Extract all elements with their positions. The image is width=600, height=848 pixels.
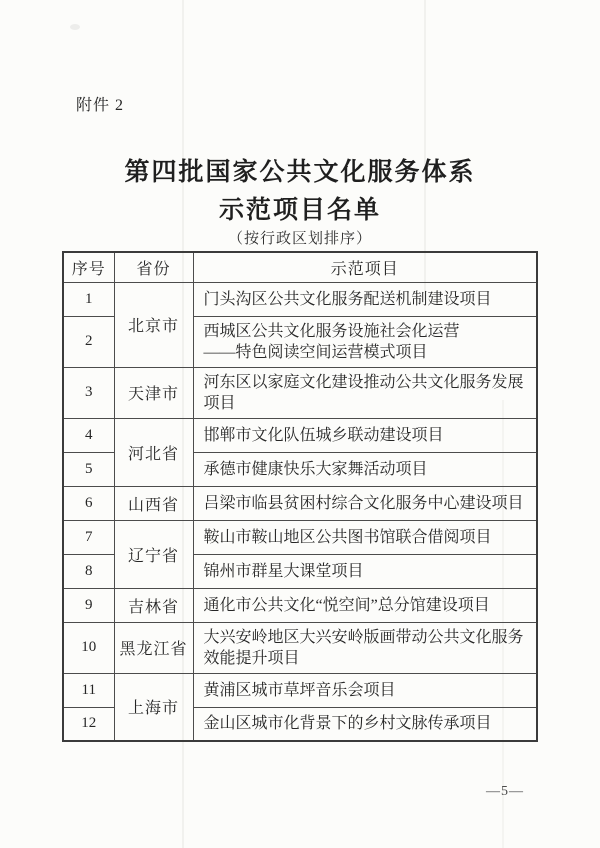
title-line-2: 示范项目名单 <box>219 197 381 224</box>
cell-province: 吉林省 <box>114 588 193 622</box>
projects-table: 序号 省份 示范项目 1北京市门头沟区公共文化服务配送机制建设项目2西城区公共文… <box>62 251 538 742</box>
cell-project: 西城区公共文化服务设施社会化运营 ——特色阅读空间运营模式项目 <box>193 316 537 367</box>
cell-project: 锦州市群星大课堂项目 <box>193 554 537 588</box>
cell-project: 吕梁市临县贫困村综合文化服务中心建设项目 <box>193 486 537 520</box>
cell-project: 金山区城市化背景下的乡村文脉传承项目 <box>193 707 537 741</box>
cell-serial-number: 9 <box>63 588 114 622</box>
cell-project: 门头沟区公共文化服务配送机制建设项目 <box>193 282 537 316</box>
table-row: 9吉林省通化市公共文化“悦空间”总分馆建设项目 <box>63 588 537 622</box>
cell-province: 天津市 <box>114 367 193 418</box>
cell-project: 承德市健康快乐大家舞活动项目 <box>193 452 537 486</box>
table-row: 1北京市门头沟区公共文化服务配送机制建设项目 <box>63 282 537 316</box>
table-row: 11上海市黄浦区城市草坪音乐会项目 <box>63 673 537 707</box>
scanned-document-page: 附件 2 第四批国家公共文化服务体系 示范项目名单 （按行政区划排序） 序号 省… <box>0 0 600 848</box>
cell-province: 辽宁省 <box>114 520 193 588</box>
document-title: 第四批国家公共文化服务体系 示范项目名单 <box>0 154 600 230</box>
cell-serial-number: 11 <box>63 673 114 707</box>
attachment-label: 附件 2 <box>76 92 124 115</box>
cell-project: 大兴安岭地区大兴安岭版画带动公共文化服务效能提升项目 <box>193 622 537 673</box>
column-header-project: 示范项目 <box>193 252 537 282</box>
scan-smudge <box>70 24 80 30</box>
table-header-row: 序号 省份 示范项目 <box>63 252 537 282</box>
cell-serial-number: 7 <box>63 520 114 554</box>
page-number: —5— <box>486 784 524 800</box>
cell-serial-number: 12 <box>63 707 114 741</box>
cell-project: 邯郸市文化队伍城乡联动建设项目 <box>193 418 537 452</box>
column-header-serial-number: 序号 <box>63 252 114 282</box>
cell-serial-number: 4 <box>63 418 114 452</box>
cell-project: 黄浦区城市草坪音乐会项目 <box>193 673 537 707</box>
table-row: 4河北省邯郸市文化队伍城乡联动建设项目 <box>63 418 537 452</box>
cell-serial-number: 10 <box>63 622 114 673</box>
cell-serial-number: 8 <box>63 554 114 588</box>
cell-serial-number: 5 <box>63 452 114 486</box>
cell-province: 上海市 <box>114 673 193 741</box>
document-subtitle: （按行政区划排序） <box>0 227 600 248</box>
cell-province: 河北省 <box>114 418 193 486</box>
cell-project: 通化市公共文化“悦空间”总分馆建设项目 <box>193 588 537 622</box>
column-header-province: 省份 <box>114 252 193 282</box>
cell-serial-number: 3 <box>63 367 114 418</box>
cell-serial-number: 1 <box>63 282 114 316</box>
table-body: 1北京市门头沟区公共文化服务配送机制建设项目2西城区公共文化服务设施社会化运营 … <box>63 282 537 741</box>
cell-serial-number: 6 <box>63 486 114 520</box>
cell-province: 山西省 <box>114 486 193 520</box>
cell-project: 河东区以家庭文化建设推动公共文化服务发展项目 <box>193 367 537 418</box>
table-row: 10黑龙江省大兴安岭地区大兴安岭版画带动公共文化服务效能提升项目 <box>63 622 537 673</box>
cell-serial-number: 2 <box>63 316 114 367</box>
table-row: 7辽宁省鞍山市鞍山地区公共图书馆联合借阅项目 <box>63 520 537 554</box>
title-line-1: 第四批国家公共文化服务体系 <box>124 159 475 186</box>
cell-province: 北京市 <box>114 282 193 367</box>
cell-project: 鞍山市鞍山地区公共图书馆联合借阅项目 <box>193 520 537 554</box>
cell-province: 黑龙江省 <box>114 622 193 673</box>
table-row: 3天津市河东区以家庭文化建设推动公共文化服务发展项目 <box>63 367 537 418</box>
table-row: 6山西省吕梁市临县贫困村综合文化服务中心建设项目 <box>63 486 537 520</box>
